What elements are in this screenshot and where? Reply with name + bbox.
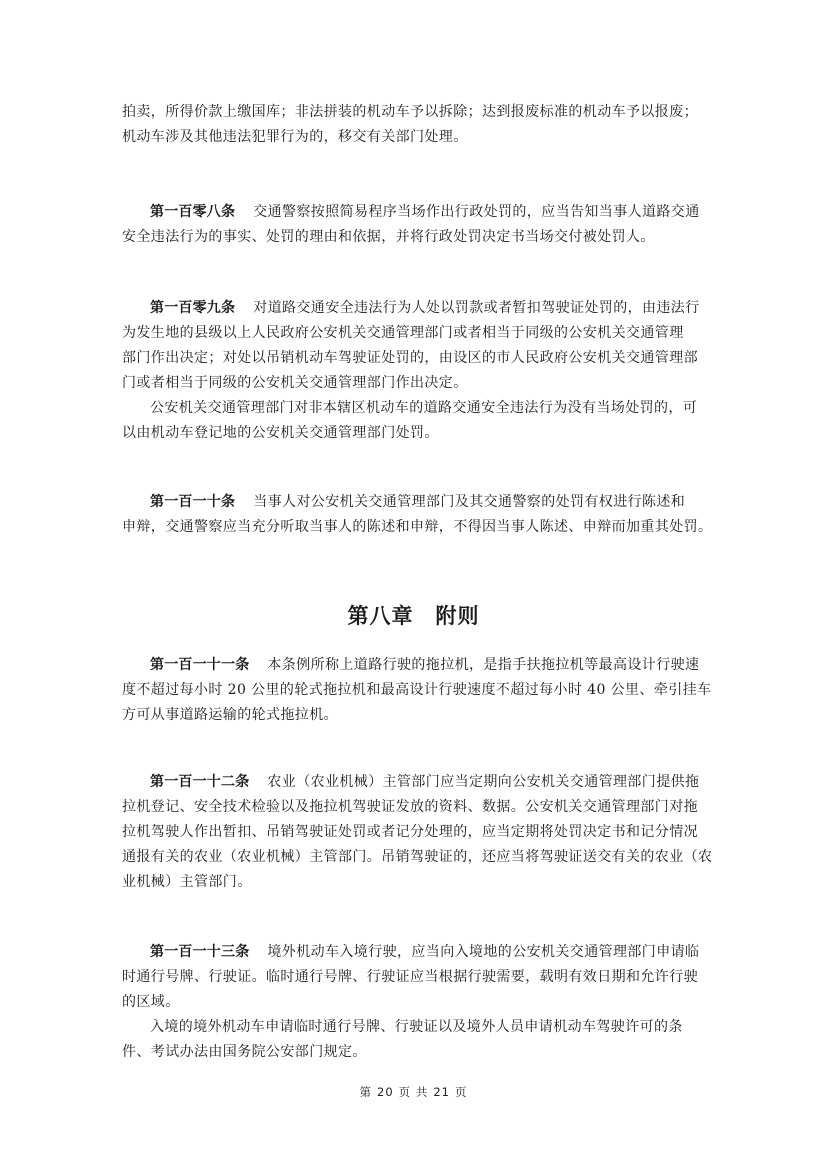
text-line: 交通警察按照简易程序当场作出行政处罚的，应当告知当事人道路交通 bbox=[253, 204, 699, 220]
text-line: 门或者相当于同级的公安机关交通管理部门作出决定。 bbox=[122, 371, 708, 396]
text-line: 公安机关交通管理部门对非本辖区机动车的道路交通安全违法行为没有当场处罚的，可 bbox=[122, 396, 708, 421]
text-line: 安全违法行为的事实、处罚的理由和依据，并将行政处罚决定书当场交付被处罚人。 bbox=[122, 225, 708, 250]
total-pages-number: 21 bbox=[433, 1085, 450, 1099]
text-line: 拉机驾驶人作出暂扣、吊销驾驶证处罚或者记分处理的，应当定期将处罚决定书和记分情况 bbox=[122, 820, 708, 845]
chapter-heading: 第八章 附则 bbox=[0, 600, 827, 630]
text-line: 部门作出决定；对处以吊销机动车驾驶证处罚的，由设区的市人民政府公安机关交通管理部 bbox=[122, 346, 708, 371]
text-line: 入境的境外机动车申请临时通行号牌、行驶证以及境外人员申请机动车驾驶许可的条 bbox=[122, 1015, 708, 1040]
article-label: 第一百一十二条 bbox=[150, 774, 249, 790]
text-line: 以由机动车登记地的公安机关交通管理部门处罚。 bbox=[122, 421, 708, 446]
article-109: 第一百零九条对道路交通安全违法行为人处以罚款或者暂扣驾驶证处罚的，由违法行 为发… bbox=[122, 296, 708, 446]
footer-suffix: 页 bbox=[455, 1085, 468, 1099]
article-112: 第一百一十二条农业（农业机械）主管部门应当定期向公安机关交通管理部门提供拖 拉机… bbox=[122, 770, 708, 895]
article-label: 第一百一十一条 bbox=[150, 657, 249, 673]
article-label: 第一百一十三条 bbox=[150, 944, 249, 960]
article-113: 第一百一十三条境外机动车入境行驶，应当向入境地的公安机关交通管理部门申请临 时通… bbox=[122, 940, 708, 1065]
text-line: 为发生地的县级以上人民政府公安机关交通管理部门或者相当于同级的公安机关交通管理 bbox=[122, 321, 708, 346]
page-footer: 第20页 共21页 bbox=[0, 1084, 827, 1100]
footer-prefix: 第 bbox=[360, 1085, 373, 1099]
text-line: 申辩，交通警察应当充分听取当事人的陈述和申辩，不得因当事人陈述、申辩而加重其处罚… bbox=[122, 515, 708, 540]
text-line: 业机械）主管部门。 bbox=[122, 870, 708, 895]
footer-middle: 页 共 bbox=[399, 1085, 429, 1099]
article-label: 第一百零九条 bbox=[150, 300, 235, 316]
text-line: 的区域。 bbox=[122, 990, 708, 1015]
text-line: 拉机登记、安全技术检验以及拖拉机驾驶证发放的资料、数据。公安机关交通管理部门对拖 bbox=[122, 795, 708, 820]
text-line: 件、考试办法由国务院公安部门规定。 bbox=[122, 1040, 708, 1065]
article-label: 第一百零八条 bbox=[150, 204, 235, 220]
article-label: 第一百一十条 bbox=[150, 494, 235, 510]
text-line: 农业（农业机械）主管部门应当定期向公安机关交通管理部门提供拖 bbox=[267, 774, 699, 790]
text-line: 本条例所称上道路行驶的拖拉机，是指手扶拖拉机等最高设计行驶速 bbox=[267, 657, 699, 673]
text-line: 方可从事道路运输的轮式拖拉机。 bbox=[122, 703, 708, 728]
document-page: 拍卖，所得价款上缴国库；非法拼装的机动车予以拆除；达到报废标准的机动车予以报废；… bbox=[0, 0, 827, 1170]
article-108: 第一百零八条交通警察按照简易程序当场作出行政处罚的，应当告知当事人道路交通 安全… bbox=[122, 200, 708, 250]
text-line: 度不超过每小时 20 公里的轮式拖拉机和最高设计行驶速度不超过每小时 40 公里… bbox=[122, 678, 708, 703]
text-line: 对道路交通安全违法行为人处以罚款或者暂扣驾驶证处罚的，由违法行 bbox=[253, 300, 699, 316]
text-line: 机动车涉及其他违法犯罪行为的，移交有关部门处理。 bbox=[122, 125, 708, 150]
text-line: 拍卖，所得价款上缴国库；非法拼装的机动车予以拆除；达到报废标准的机动车予以报废； bbox=[122, 100, 708, 125]
text-line: 当事人对公安机关交通管理部门及其交通警察的处罚有权进行陈述和 bbox=[253, 494, 685, 510]
text-line: 时通行号牌、行驶证。临时通行号牌、行驶证应当根据行驶需要，载明有效日期和允许行驶 bbox=[122, 965, 708, 990]
article-111: 第一百一十一条本条例所称上道路行驶的拖拉机，是指手扶拖拉机等最高设计行驶速 度不… bbox=[122, 653, 708, 728]
text-line: 境外机动车入境行驶，应当向入境地的公安机关交通管理部门申请临 bbox=[267, 944, 699, 960]
current-page-number: 20 bbox=[377, 1085, 394, 1099]
article-110: 第一百一十条当事人对公安机关交通管理部门及其交通警察的处罚有权进行陈述和 申辩，… bbox=[122, 490, 708, 540]
continuation-paragraph: 拍卖，所得价款上缴国库；非法拼装的机动车予以拆除；达到报废标准的机动车予以报废；… bbox=[122, 100, 708, 150]
text-line: 通报有关的农业（农业机械）主管部门。吊销驾驶证的，还应当将驾驶证送交有关的农业（… bbox=[122, 845, 708, 870]
